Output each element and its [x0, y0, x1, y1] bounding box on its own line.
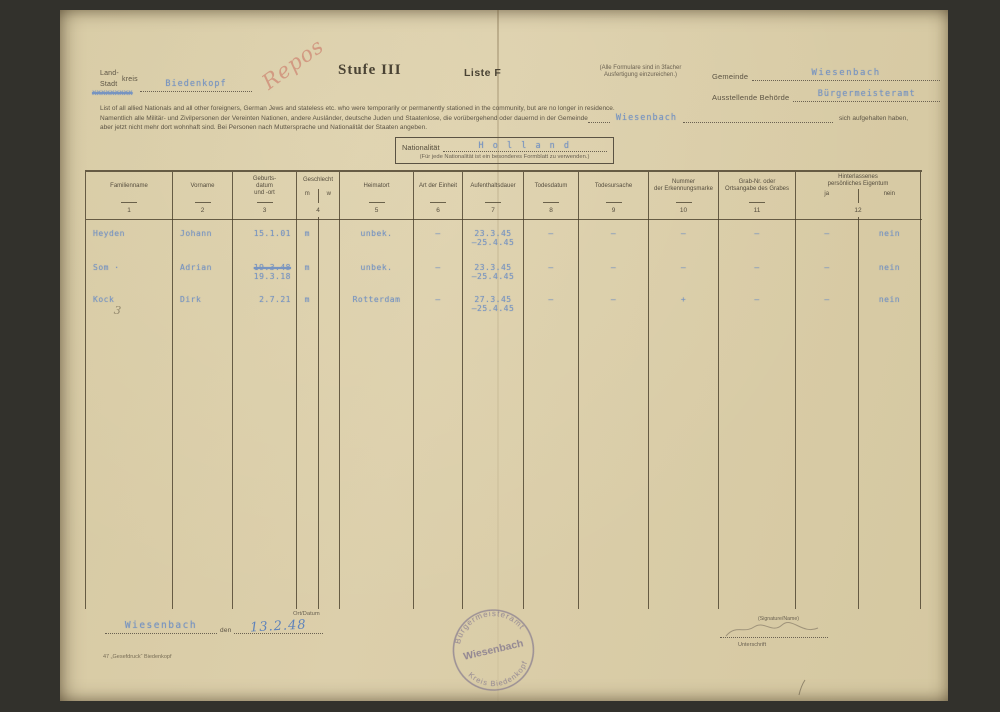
cell-todesdatum: –	[524, 263, 578, 295]
cell-einheit: –	[414, 229, 462, 263]
municipal-stamp: Bürgermeisteramt Kreis Biedenkopf Wiesen…	[436, 592, 552, 712]
casualty-table: Familienname 1 Heyden Som · Kock Vorname…	[85, 170, 922, 609]
sub-nein-label: nein	[859, 189, 921, 203]
cell-vorname: Adrian	[173, 263, 232, 295]
intro-line-de1: Namentlich alle Militär- und Zivilperson…	[100, 114, 908, 124]
cell-geburt: 15.1.01	[233, 229, 296, 263]
cell-marke: –	[649, 263, 718, 295]
col-header-todesursache: Todesursache	[579, 172, 648, 200]
col-number-11: 11	[719, 203, 795, 217]
gemeinde-label: Gemeinde	[712, 72, 748, 81]
cell-geschlecht: m	[297, 229, 318, 263]
cell-aufenthalt: 27.3.45 –25.4.45	[463, 295, 523, 323]
behoerde-row: Ausstellende Behörde Bürgermeisteramt	[712, 83, 940, 102]
red-pencil-annotation: Repos	[258, 34, 329, 95]
cell-einheit: –	[414, 295, 462, 323]
cell-eigentum-ja: –	[796, 229, 858, 263]
cell-todesdatum: –	[524, 229, 578, 263]
cell-familienname: Som ·	[86, 263, 172, 295]
cell-geburt: 2.7.21	[233, 295, 296, 323]
col-heimatort: Heimatort 5 unbek. unbek. Rotterdam	[340, 172, 414, 609]
col-header-vorname: Vorname	[173, 172, 232, 200]
nationality-value: H o l l a n d	[479, 141, 572, 151]
dotted-leader	[683, 114, 833, 123]
geschlecht-m-subcol: m m m	[297, 217, 319, 609]
col-body: – – –	[414, 217, 462, 609]
cell-eigentum-ja: –	[796, 295, 858, 323]
cell-eigentum-nein: nein	[859, 229, 920, 263]
unterschrift-label: Unterschrift	[738, 642, 766, 648]
cell-grab: –	[719, 263, 795, 295]
den-label: den	[217, 627, 234, 634]
kreis-value: Biedenkopf	[165, 79, 226, 89]
col-body: m m m	[297, 217, 339, 609]
stamp-middle-text: Wiesenbach	[462, 637, 524, 662]
cell-aufenthalt: 23.3.45 –25.4.45	[463, 263, 523, 295]
form-title: Stufe III	[338, 62, 402, 79]
col-header-aufenthalt: Aufenthaltsdauer	[463, 172, 523, 200]
cell-vorname: Dirk	[173, 295, 232, 323]
intro-paragraph: List of all allied Nationals and all oth…	[100, 104, 908, 133]
stamp-graphic: Bürgermeisteramt Kreis Biedenkopf Wiesen…	[436, 592, 551, 707]
cell-geburt-crossed: 19.3.48	[233, 263, 291, 272]
cell-todesursache: –	[579, 295, 648, 323]
cell-marke: –	[649, 229, 718, 263]
cell-grab: –	[719, 229, 795, 263]
datum-writein: 13.2.48	[234, 615, 323, 634]
eigentum-nein-subcol: nein nein nein	[859, 217, 920, 609]
cell-geschlecht: m	[297, 295, 318, 323]
stray-pen-mark	[796, 678, 808, 698]
geschlecht-subheader: m w	[297, 189, 339, 203]
behoerde-writein: Bürgermeisteramt	[793, 83, 940, 102]
col-number-3: 3	[233, 203, 296, 217]
aufenthalt-bis: –25.4.45	[463, 304, 523, 313]
col-geschlecht: Geschlecht m w 4 m m m	[297, 172, 340, 609]
col-number-2: 2	[173, 203, 232, 217]
eigentum-ja-subcol: – – –	[796, 217, 859, 609]
col-body: – – –	[579, 217, 648, 609]
cell-familienname: Heyden	[86, 229, 172, 263]
cell-todesdatum: –	[524, 295, 578, 323]
gemeinde-writein: Wiesenbach	[752, 62, 940, 81]
col-body: Johann Adrian Dirk	[173, 217, 232, 609]
gemeinde-value: Wiesenbach	[812, 68, 881, 78]
land-label: Land-	[100, 70, 119, 77]
cell-eigentum-nein: nein	[859, 263, 920, 295]
col-body: unbek. unbek. Rotterdam	[340, 217, 413, 609]
aufenthalt-von: 23.3.45	[463, 263, 523, 272]
col-geburtsdatum: Geburts- datum und -ort 3 15.1.01 19.3.4…	[233, 172, 297, 609]
stadt-label: Stadt	[100, 81, 117, 88]
intro-de1-tail: sich aufgehalten haben,	[833, 114, 908, 124]
col-todesursache: Todesursache 9 – – –	[579, 172, 649, 609]
col-body: 15.1.01 19.3.48 19.3.18 2.7.21	[233, 217, 296, 609]
nationality-box: Nationalität H o l l a n d (Für jede Nat…	[395, 137, 614, 164]
cell-todesursache: –	[579, 263, 648, 295]
col-number-5: 5	[340, 203, 413, 217]
col-header-eigentum: Hinterlassenes persönliches Eigentum	[796, 172, 920, 189]
col-number-6: 6	[414, 203, 462, 217]
col-header-geburtsdatum: Geburts- datum und -ort	[233, 172, 296, 200]
copies-note: (Alle Formulare sind in 3facher Ausferti…	[578, 65, 703, 79]
behoerde-value: Bürgermeisteramt	[818, 89, 916, 99]
ort-value: Wiesenbach	[125, 620, 197, 631]
col-number-1: 1	[86, 203, 172, 217]
cell-eigentum-ja: –	[796, 263, 858, 295]
col-todesdatum: Todesdatum 8 – – –	[524, 172, 579, 609]
printer-note: 47 „Gesefdruck“ Biedenkopf	[103, 654, 171, 660]
col-grab: Grab-Nr. oder Ortsangabe des Grabes 11 –…	[719, 172, 796, 609]
nationality-writein: H o l l a n d	[443, 141, 607, 152]
col-body: – – +	[649, 217, 718, 609]
col-number-7: 7	[463, 203, 523, 217]
intro-line-en: List of all allied Nationals and all oth…	[100, 104, 908, 114]
gemeinde-row: Gemeinde Wiesenbach	[712, 62, 940, 81]
nationality-note: (Für jede Nationalität ist ein besondere…	[402, 154, 607, 161]
nationality-row: Nationalität H o l l a n d	[402, 141, 607, 152]
signature-line	[720, 637, 828, 638]
cell-grab: –	[719, 295, 795, 323]
aufenthalt-von: 23.3.45	[463, 229, 523, 238]
datum-value: 13.2.48	[250, 618, 307, 636]
col-header-familienname: Familienname	[86, 172, 172, 200]
cell-todesursache: –	[579, 229, 648, 263]
col-number-8: 8	[524, 203, 578, 217]
cell-geburt-corrected: 19.3.18	[233, 272, 291, 281]
cell-marke: +	[649, 295, 718, 323]
cell-familienname: Kock	[86, 295, 172, 323]
behoerde-label: Ausstellende Behörde	[712, 93, 789, 102]
cell-geburt: 19.3.48 19.3.18	[233, 263, 296, 295]
cell-vorname: Johann	[173, 229, 232, 263]
col-body: Heyden Som · Kock	[86, 217, 172, 609]
cell-heimatort: unbek.	[340, 229, 413, 263]
cell-heimatort: Rotterdam	[340, 295, 413, 323]
intro-de1-text: Namentlich alle Militär- und Zivilperson…	[100, 114, 588, 124]
col-number-12: 12	[796, 203, 920, 217]
col-header-todesdatum: Todesdatum	[524, 172, 578, 200]
struck-stadt-entry: xxxxxxxxx	[92, 88, 133, 97]
kreis-writein-line: Biedenkopf	[140, 73, 252, 92]
col-header-heimatort: Heimatort	[340, 172, 413, 200]
col-body: 23.3.45 –25.4.45 23.3.45 –25.4.45 27.3.4…	[463, 217, 523, 609]
cell-heimatort: unbek.	[340, 263, 413, 295]
col-body: – – –	[719, 217, 795, 609]
col-header-grab: Grab-Nr. oder Ortsangabe des Grabes	[719, 172, 795, 200]
scanned-form-page: Land- Stadt kreis Biedenkopf xxxxxxxxx R…	[60, 10, 948, 701]
col-number-10: 10	[649, 203, 718, 217]
col-header-erkennungsmarke: Nummer der Erkennungsmarke	[649, 172, 718, 200]
sub-ja-label: ja	[796, 189, 859, 203]
sub-w-label: w	[319, 189, 340, 203]
col-number-4: 4	[297, 203, 339, 217]
col-number-9: 9	[579, 203, 648, 217]
aufenthalt-von: 27.3.45	[463, 295, 523, 304]
col-aufenthaltsdauer: Aufenthaltsdauer 7 23.3.45 –25.4.45 23.3…	[463, 172, 524, 609]
sub-m-label: m	[297, 189, 319, 203]
col-eigentum: Hinterlassenes persönliches Eigentum ja …	[796, 172, 921, 609]
ort-writein: Wiesenbach	[105, 615, 217, 634]
cell-aufenthalt: 23.3.45 –25.4.45	[463, 229, 523, 263]
aufenthalt-bis: –25.4.45	[463, 272, 523, 281]
col-header-geschlecht: Geschlecht	[297, 172, 339, 189]
cell-geschlecht: m	[297, 263, 318, 295]
col-header-einheit: Art der Einheit	[414, 172, 462, 200]
cell-einheit: –	[414, 263, 462, 295]
col-erkennungsmarke: Nummer der Erkennungsmarke 10 – – +	[649, 172, 719, 609]
col-art-der-einheit: Art der Einheit 6 – – –	[414, 172, 463, 609]
aufenthalt-bis: –25.4.45	[463, 238, 523, 247]
col-familienname: Familienname 1 Heyden Som · Kock	[86, 172, 173, 609]
intro-line-de2: aber jetzt nicht mehr dort wohnhaft sind…	[100, 123, 908, 133]
eigentum-subheader: ja nein	[796, 189, 920, 203]
geschlecht-w-subcol	[319, 217, 340, 609]
kreis-label: kreis	[122, 76, 138, 83]
ort-datum-row: Wiesenbach den 13.2.48	[105, 616, 323, 634]
col-body: – – –	[524, 217, 578, 609]
intro-gemeinde-value: Wiesenbach	[610, 114, 683, 124]
nationality-label: Nationalität	[402, 143, 440, 152]
col-body: – – – nein nein nein	[796, 217, 920, 609]
cell-eigentum-nein: nein	[859, 295, 920, 323]
dotted-leader	[588, 114, 610, 123]
col-vorname: Vorname 2 Johann Adrian Dirk	[173, 172, 233, 609]
liste-label: Liste F	[464, 67, 501, 79]
